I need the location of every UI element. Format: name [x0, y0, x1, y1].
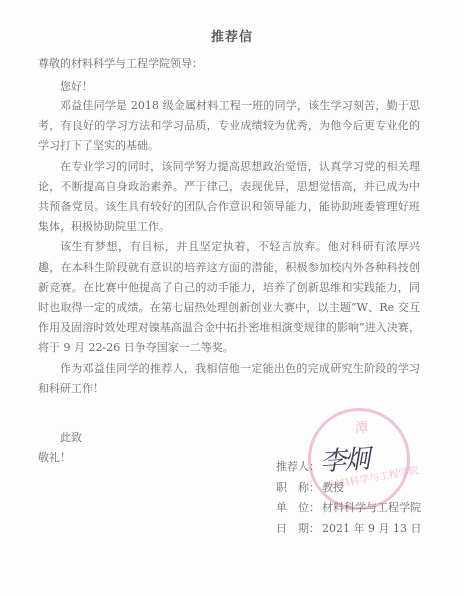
paragraph-3: 该生有梦想，有目标，并且坚定执着，不轻言放弃。他对科研有浓厚兴趣，在本科生阶段就… [38, 237, 420, 358]
paragraph-4: 作为邓益佳同学的推荐人，我相信他一定能出色的完成研究生阶段的学习和科研工作！ [38, 359, 420, 399]
letter-title: 推荐信 [0, 26, 464, 45]
recommender-row: 推荐人： [276, 457, 421, 478]
unit-row: 单 位： 材料科学与工程学院 [276, 498, 421, 519]
closing-regards: 此致 [60, 429, 82, 445]
unit-value: 材料科学与工程学院 [322, 498, 421, 519]
paragraph-2: 在专业学习的同时，该同学努力提高思想政治觉悟，认真学习党的相关理论，不断提高自身… [38, 157, 420, 238]
date-row: 日 期： 2021 年 9 月 13 日 [276, 519, 421, 540]
closing-salute: 敬礼！ [38, 449, 71, 465]
title-value: 教授 [322, 478, 344, 499]
greeting: 您好！ [60, 78, 93, 94]
letter-body: 邓益佳同学是 2018 级金属材料工程一班的同学，该生学习刻苦，勤于思考，有良好… [38, 96, 420, 399]
stamp-top-char: 潭 [355, 417, 368, 436]
unit-label: 单 位： [276, 498, 322, 519]
salutation: 尊敬的材料科学与工程学院领导： [38, 55, 203, 71]
date-value: 2021 年 9 月 13 日 [322, 519, 421, 540]
title-label: 职 称： [276, 478, 322, 499]
title-row: 职 称： 教授 [276, 478, 421, 499]
date-label: 日 期： [276, 519, 322, 540]
paragraph-1: 邓益佳同学是 2018 级金属材料工程一班的同学，该生学习刻苦，勤于思考，有良好… [38, 96, 420, 157]
signature-block: 推荐人： 职 称： 教授 单 位： 材料科学与工程学院 日 期： 2021 年 … [276, 457, 421, 539]
recommender-label: 推荐人： [276, 457, 320, 478]
